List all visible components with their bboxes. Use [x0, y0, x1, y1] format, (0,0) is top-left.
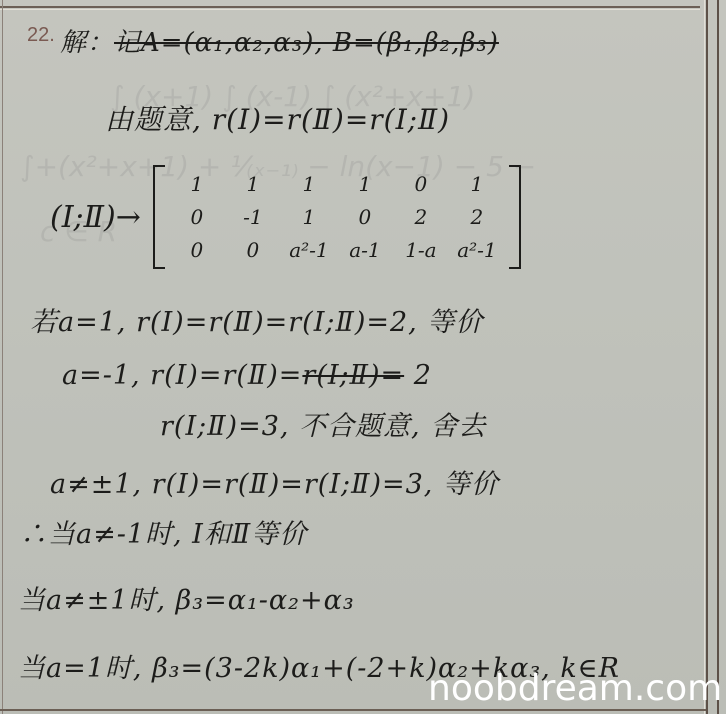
- matrix-cell: 0: [225, 234, 281, 267]
- matrix-cell: 0: [337, 201, 393, 234]
- struck-text: r(Ⅰ;Ⅱ)=: [302, 360, 404, 391]
- matrix-cell: 1: [281, 201, 337, 234]
- matrix-cell: 2: [393, 201, 449, 234]
- beta3-general-case: 当a≠±1时, β₃=α₁-α₂+α₃: [18, 578, 355, 617]
- matrix-cell: 2: [449, 201, 505, 234]
- page-border-right: [706, 0, 708, 714]
- page-border-top: [0, 6, 700, 8]
- matrix-row: 1 1 1 1 0 1: [169, 168, 505, 201]
- augmented-matrix: (Ⅰ;Ⅱ)→ 1 1 1 1 0 1 0 -1 1 0 2 2 0 0: [50, 165, 521, 269]
- watermark: noobdream.com: [428, 668, 722, 709]
- page-border-right-outer: [717, 0, 719, 714]
- conclusion-equivalence: ∴当a≠-1时, Ⅰ和Ⅱ等价: [20, 512, 307, 551]
- matrix-cell: 1: [169, 168, 225, 201]
- matrix-cell: 0: [169, 234, 225, 267]
- question-number: 22.: [27, 24, 55, 47]
- matrix-cell: 1: [225, 168, 281, 201]
- case-text: 2: [404, 360, 432, 391]
- matrix-table: 1 1 1 1 0 1 0 -1 1 0 2 2 0 0 a²-1 a-1 1-…: [169, 168, 505, 267]
- case-a-equals-minus-1: a=-1, r(Ⅰ)=r(Ⅱ)=r(Ⅰ;Ⅱ)= 2: [62, 360, 432, 391]
- matrix-cell: a²-1: [449, 234, 505, 267]
- notebook-page: ∫ (x+1) ∫ (x-1) ∫ (x²+x+1) ∫+(x²+x+1) + …: [0, 0, 726, 714]
- matrix-cell: 0: [169, 201, 225, 234]
- matrix-cell: a-1: [337, 234, 393, 267]
- solution-line-1: 解：记A=(α₁,α₂,α₃), B=(β₁,β₂,β₃): [60, 22, 499, 59]
- page-border-bottom: [0, 709, 706, 711]
- matrix-cell: 1: [281, 168, 337, 201]
- solution-line-2: 由题意, r(Ⅰ)=r(Ⅱ)=r(Ⅰ;Ⅱ): [105, 98, 450, 138]
- matrix-cell: 1: [337, 168, 393, 201]
- solution-label: 解：: [60, 28, 114, 58]
- page-border-left: [2, 0, 3, 714]
- matrix-cell: -1: [225, 201, 281, 234]
- matrix-cell: 0: [393, 168, 449, 201]
- matrix-cell: a²-1: [281, 234, 337, 267]
- case-text: a=-1, r(Ⅰ)=r(Ⅱ)=: [62, 360, 302, 391]
- matrix-cell: 1: [449, 168, 505, 201]
- case-a-equals-minus-1-conclusion: r(Ⅰ;Ⅱ)=3, 不合题意, 舍去: [160, 404, 486, 443]
- page-border-highlight: [0, 9, 700, 10]
- left-bracket: [153, 165, 165, 269]
- matrix-cell: 1-a: [393, 234, 449, 267]
- case-a-not-plus-minus-1: a≠±1, r(Ⅰ)=r(Ⅱ)=r(Ⅰ;Ⅱ)=3, 等价: [50, 462, 499, 501]
- case-a-equals-1: 若a=1, r(Ⅰ)=r(Ⅱ)=r(Ⅰ;Ⅱ)=2, 等价: [30, 300, 483, 339]
- right-bracket: [509, 165, 521, 269]
- matrix-row: 0 0 a²-1 a-1 1-a a²-1: [169, 234, 505, 267]
- matrix-label: (Ⅰ;Ⅱ)→: [50, 200, 141, 235]
- struck-definition: 记A=(α₁,α₂,α₃), B=(β₁,β₂,β₃): [114, 28, 499, 58]
- matrix-row: 0 -1 1 0 2 2: [169, 201, 505, 234]
- page-border-highlight-right: [704, 0, 705, 714]
